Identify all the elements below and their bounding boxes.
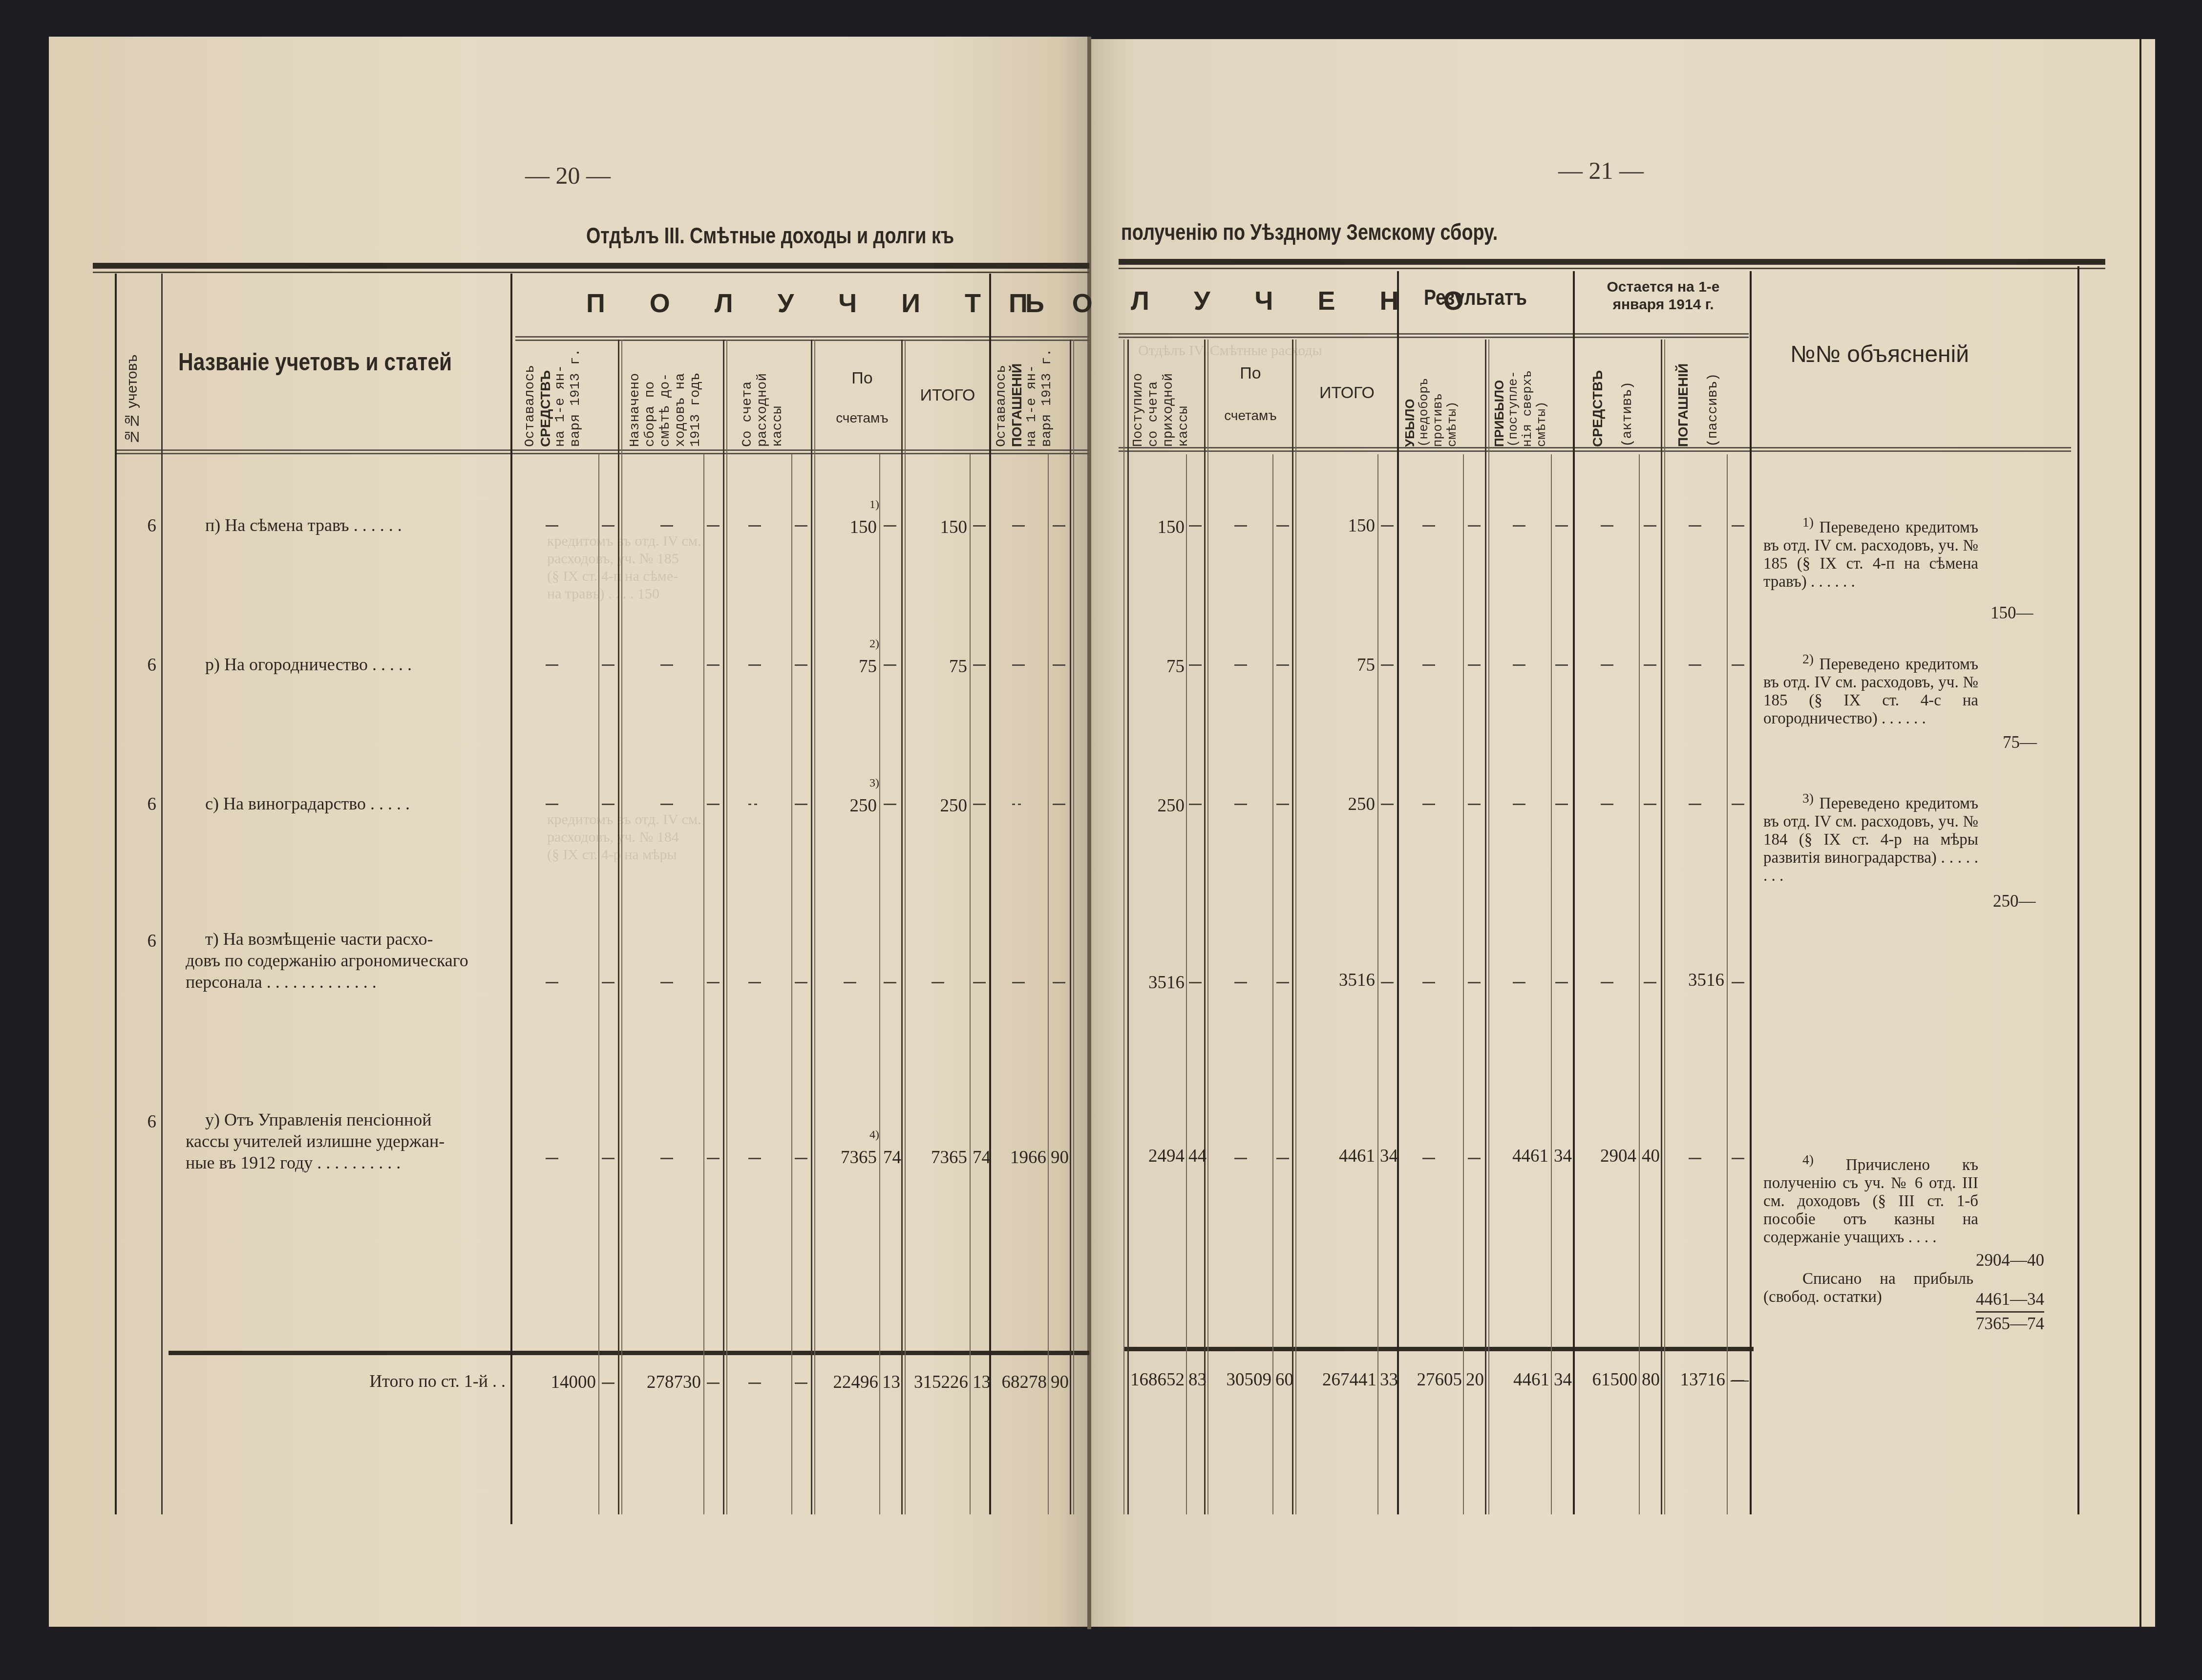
col-border xyxy=(1070,340,1071,1514)
subheader-total-r: ИТОГО xyxy=(1299,383,1395,403)
header-remains-line2: января 1914 г. xyxy=(1583,296,1744,314)
cell-total-r: 75 xyxy=(1314,655,1375,676)
row-name: у) Отъ Управленія пенсіонной кассы учите… xyxy=(186,1109,508,1173)
empty-cell-dash xyxy=(1053,664,1065,666)
empty-cell-dash xyxy=(973,525,986,527)
footnote-marker: 2) xyxy=(869,638,879,651)
empty-cell-dash xyxy=(973,982,986,983)
explanation-body: Переведено кредитомъ въ отд. IV см. расх… xyxy=(1763,795,1978,885)
top-rule-left xyxy=(93,263,1089,269)
row-name: т) На возмѣщеніе части расхо- довъ по со… xyxy=(186,928,508,993)
empty-cell-dash xyxy=(660,664,673,666)
empty-cell-dash xyxy=(748,1382,761,1384)
empty-cell-dash xyxy=(1468,982,1481,983)
footnote-marker: 1) xyxy=(869,498,879,511)
empty-cell-dash xyxy=(1422,664,1435,666)
total-received: 168652 xyxy=(1123,1369,1185,1390)
empty-cell-dash xyxy=(1276,525,1289,527)
header-bottom-rule-left xyxy=(115,449,1089,454)
account-no: 6 xyxy=(139,1111,156,1132)
explanation-amount: 250— xyxy=(1993,892,2036,911)
col-border xyxy=(811,340,812,1514)
empty-cell-dash xyxy=(1234,1158,1247,1159)
cell-total-r: 4461 xyxy=(1314,1146,1375,1167)
col-border xyxy=(1295,340,1296,1514)
page-number-right: — 21 — xyxy=(1558,156,1644,185)
empty-cell-dash xyxy=(1381,525,1394,527)
empty-cell-dash xyxy=(602,804,614,805)
col-border xyxy=(814,340,815,1514)
empty-cell-dash xyxy=(1601,804,1613,805)
empty-cell-dash xyxy=(1381,982,1394,983)
empty-cell-dash xyxy=(1189,982,1202,983)
total-funds-active: 61500 xyxy=(1577,1369,1637,1390)
col-border xyxy=(1186,454,1187,1514)
empty-cell-dash xyxy=(602,525,614,527)
col-border xyxy=(1377,454,1378,1514)
cell-funds-active-k: 40 xyxy=(1640,1146,1660,1167)
col-border xyxy=(598,454,599,1514)
subheader-assigned: Назначено сбора по смѣтѣ до- ходовъ на 1… xyxy=(628,342,703,447)
subheader-repayments-passive: ПОГАШЕНІЙ (пассивъ) xyxy=(1675,337,1721,447)
col-border xyxy=(1127,340,1129,1514)
total-loss-k: 20 xyxy=(1464,1369,1484,1390)
col-border xyxy=(1485,340,1486,1514)
subheader-received-income-cash: Поступило со счета приходной кассы xyxy=(1131,344,1191,447)
account-no: 6 xyxy=(139,655,156,676)
explanation-sum: 7365—74 xyxy=(1976,1314,2044,1334)
empty-cell-dash xyxy=(973,804,986,805)
row-name-line: персонала . . . . . . . . . . . . . xyxy=(186,971,508,993)
empty-cell-dash xyxy=(748,664,761,666)
total-received-k: 83 xyxy=(1187,1369,1207,1390)
empty-cell-dash xyxy=(1381,804,1394,805)
col-border xyxy=(723,340,724,1514)
total-loss: 27605 xyxy=(1401,1369,1462,1390)
empty-cell-dash xyxy=(1012,664,1025,666)
empty-cell-dash xyxy=(1513,804,1525,805)
empty-cell-dash xyxy=(1601,664,1613,666)
col-border xyxy=(1664,340,1665,1514)
cell-total-r: 250 xyxy=(1314,794,1375,815)
col-border xyxy=(1048,454,1049,1514)
footnote-marker: 3) xyxy=(869,777,879,790)
empty-cell-dash xyxy=(1689,804,1701,805)
empty-cell-dash xyxy=(1732,982,1744,983)
total-by-accounts-r-k: 60 xyxy=(1274,1369,1293,1390)
subheader-from-expense-cash: Со счета расходной кассы xyxy=(740,342,785,447)
page-number-left: — 20 — xyxy=(525,161,611,190)
empty-cell-dash xyxy=(707,664,720,666)
total-assigned: 278730 xyxy=(625,1372,701,1393)
col-border xyxy=(1123,340,1124,1514)
row-name: п) На сѣмена травъ . . . . . . xyxy=(205,514,508,536)
empty-cell-dash xyxy=(1468,804,1481,805)
subheader-funds-active: СРЕДСТВЪ (активъ) xyxy=(1590,342,1635,447)
account-no: 6 xyxy=(139,515,156,536)
row-name: р) На огородничество . . . . . xyxy=(205,654,508,675)
col-border xyxy=(618,340,619,1514)
total-profit-k: 34 xyxy=(1552,1369,1572,1390)
empty-cell-dash xyxy=(1555,664,1568,666)
totals-rule-left xyxy=(169,1351,1089,1355)
empty-cell-dash xyxy=(1468,525,1481,527)
empty-cell-dash xyxy=(1381,664,1394,666)
empty-cell-dash xyxy=(1689,525,1701,527)
explanation-amount: 75— xyxy=(2003,733,2037,752)
empty-cell-dash xyxy=(1189,525,1202,527)
cell-received: 2494 xyxy=(1131,1146,1185,1167)
cell-by-accounts: 150 xyxy=(826,517,877,538)
subheader-by-accounts-top: По xyxy=(830,369,894,388)
header-remains-line1: Остается на 1-е xyxy=(1583,278,1744,296)
empty-cell-dash xyxy=(1644,982,1656,983)
cell-total: 7365 xyxy=(906,1147,967,1168)
row-name-line: ные въ 1912 году . . . . . . . . . . xyxy=(186,1152,508,1173)
empty-cell-dash xyxy=(748,982,761,983)
total-by-accounts-r: 30509 xyxy=(1209,1369,1271,1390)
group-rule-right xyxy=(1119,333,1749,338)
col-border xyxy=(1488,340,1489,1514)
col-border xyxy=(1463,454,1464,1514)
subheader-loss: УБЫЛО (недоборъ противъ смѣты) xyxy=(1403,342,1460,447)
empty-cell-dash xyxy=(1189,804,1202,805)
cell-total-k: 74 xyxy=(971,1147,991,1168)
col-border xyxy=(1207,340,1208,1514)
empty-cell-dash xyxy=(1012,982,1025,983)
empty-cell-dash xyxy=(660,982,673,983)
col-border xyxy=(161,274,163,1514)
empty-cell-dash xyxy=(884,664,896,666)
empty-cell-dash xyxy=(1732,525,1744,527)
bleed-through-text: кредитомъ въ отд. IV см.расходовъ, уч. №… xyxy=(547,532,752,603)
empty-cell-dash xyxy=(602,982,614,983)
col-border xyxy=(2077,266,2079,1514)
empty-cell-dash xyxy=(1053,525,1065,527)
book-spine xyxy=(1087,37,1091,1629)
col-border xyxy=(1204,340,1206,1514)
col-border xyxy=(905,340,906,1514)
total-total-k: 13 xyxy=(971,1372,991,1393)
col-border xyxy=(115,274,117,1514)
empty-cell-dash xyxy=(602,1158,614,1159)
col-border xyxy=(879,454,880,1514)
empty-cell-dash xyxy=(1644,525,1656,527)
empty-cell-dash xyxy=(707,525,720,527)
empty-cell-dash xyxy=(660,1158,673,1159)
col-border xyxy=(970,454,971,1514)
empty-cell-dash xyxy=(1468,1158,1481,1159)
empty-cell-dash xyxy=(546,525,558,527)
col-border xyxy=(1661,340,1662,1514)
total-by-accounts-k: 13 xyxy=(881,1372,900,1393)
cell-received: 3516 xyxy=(1133,972,1185,993)
cell-total-r-k: 34 xyxy=(1378,1146,1398,1167)
header-group-received-left: П О xyxy=(1009,288,1111,319)
col-border xyxy=(1639,454,1640,1514)
col-border xyxy=(989,274,991,1514)
cell-received: 75 xyxy=(1133,656,1185,677)
empty-cell-dash xyxy=(1276,982,1289,983)
header-group-result: Результатъ xyxy=(1424,286,1527,310)
empty-cell-dash xyxy=(660,804,673,805)
explanation-text: 2) Переведено кредитомъ въ отд. IV см. р… xyxy=(1763,650,1978,728)
col-border xyxy=(791,454,792,1514)
total-funds-active-k: 80 xyxy=(1640,1369,1660,1390)
empty-cell-dash xyxy=(884,982,896,983)
empty-cell-dash xyxy=(1689,1158,1701,1159)
total-repayments-passive: 13716 xyxy=(1666,1369,1725,1390)
top-rule-right-thin xyxy=(1119,268,2105,269)
empty-cell-dash xyxy=(1644,664,1656,666)
section-title-left: Отдѣлъ III. Смѣтные доходы и долги къ xyxy=(586,222,954,249)
empty-cell-dash xyxy=(546,664,558,666)
empty-cell-dash xyxy=(546,804,558,805)
cell-by-accounts: 75 xyxy=(826,656,877,677)
empty-cell-dash xyxy=(1422,525,1435,527)
col-border xyxy=(1573,271,1575,1514)
empty-cell-dash xyxy=(546,982,558,983)
cell-total: 150 xyxy=(913,517,967,538)
cell-repayments-passive: 3516 xyxy=(1671,970,1724,991)
header-group-receive: П О Л У Ч И Т Ь xyxy=(586,288,1063,319)
header-name: Названіе учетовъ и статей xyxy=(178,348,452,376)
empty-cell-dash xyxy=(748,804,757,805)
cell-total: 75 xyxy=(913,656,967,677)
empty-cell-dash xyxy=(795,982,807,983)
cell-by-accounts: 250 xyxy=(826,795,877,816)
top-rule-left-thin xyxy=(93,272,1089,273)
cell-profit-k: 34 xyxy=(1552,1146,1572,1167)
empty-cell-dash xyxy=(748,1158,761,1159)
subheader-total: ИТОГО xyxy=(909,386,987,405)
empty-cell-dash xyxy=(973,664,986,666)
empty-cell-dash xyxy=(1422,804,1435,805)
empty-cell-dash xyxy=(1422,982,1435,983)
footnote-marker: 2) xyxy=(1802,651,1814,666)
total-remained-repayments-k: 90 xyxy=(1049,1372,1069,1393)
empty-cell-dash xyxy=(748,525,761,527)
col-border xyxy=(1397,271,1399,1514)
row-name-line: довъ по содержанію агрономическаго xyxy=(186,950,508,971)
empty-cell-dash xyxy=(795,804,807,805)
empty-cell-dash xyxy=(1053,804,1065,805)
empty-cell-dash xyxy=(1276,804,1289,805)
subheader-remained-funds: Оставалось СРЕДСТВЪ на 1-е ян- варя 1913… xyxy=(523,342,583,447)
totals-rule-right xyxy=(1123,1347,1754,1351)
col-border xyxy=(1750,271,1752,1514)
empty-cell-dash xyxy=(602,1382,614,1384)
subheader-remained-repayments: Оставалось ПОГАШЕНІЙ на 1-е ян- варя 191… xyxy=(994,342,1055,447)
empty-cell-dash xyxy=(1601,982,1613,983)
top-rule-right xyxy=(1119,259,2105,265)
explanation-amount: 2904—40 xyxy=(1976,1251,2044,1270)
empty-cell-dash xyxy=(844,982,856,983)
empty-cell-dash xyxy=(795,1382,807,1384)
empty-cell-dash xyxy=(1644,804,1656,805)
empty-cell-dash xyxy=(1234,804,1247,805)
cell-funds-active: 2904 xyxy=(1583,1146,1636,1167)
empty-cell-dash xyxy=(1689,664,1701,666)
empty-cell-dash xyxy=(795,525,807,527)
cell-total-r: 3516 xyxy=(1314,970,1375,991)
explanation-text-2: Списано на прибыль (свобод. остатки) xyxy=(1763,1270,1973,1306)
cell-received-k: 44 xyxy=(1187,1146,1207,1167)
row-name-line: у) Отъ Управленія пенсіонной xyxy=(186,1109,508,1130)
account-no: 6 xyxy=(139,794,156,815)
explanation-amount-2: 4461—34 xyxy=(1976,1290,2044,1313)
header-group-remains: Остается на 1-е января 1914 г. xyxy=(1583,278,1744,314)
cell-total: 250 xyxy=(913,795,967,816)
empty-cell-dash xyxy=(884,525,896,527)
explanation-text: 1) Переведено кредитомъ въ отд. IV см. р… xyxy=(1763,513,1978,591)
empty-cell-dash xyxy=(1513,982,1525,983)
total-total-r-k: 33 xyxy=(1378,1369,1398,1390)
explanation-body: Переведено кредитомъ въ отд. IV см. расх… xyxy=(1763,656,1978,727)
empty-cell-dash xyxy=(1513,525,1525,527)
cell-total-r: 150 xyxy=(1314,515,1375,536)
empty-cell-dash xyxy=(1422,1158,1435,1159)
total-profit: 4461 xyxy=(1490,1369,1549,1390)
total-remained-repayments: 68278 xyxy=(994,1372,1047,1393)
empty-cell-dash xyxy=(707,982,720,983)
col-border xyxy=(621,340,622,1514)
empty-cell-dash xyxy=(1012,525,1025,527)
total-repayments-passive-k: — xyxy=(1729,1369,1749,1390)
row-name-line: т) На возмѣщеніе части расхо- xyxy=(186,928,508,950)
empty-cell-dash xyxy=(1555,804,1568,805)
empty-cell-dash xyxy=(1012,804,1021,805)
empty-cell-dash xyxy=(602,664,614,666)
total-total: 315226 xyxy=(904,1372,968,1393)
empty-cell-dash xyxy=(1732,1158,1744,1159)
empty-cell-dash xyxy=(795,1158,807,1159)
cell-remained-repayments: 1966 xyxy=(996,1147,1046,1168)
footnote-marker: 4) xyxy=(869,1128,879,1142)
empty-cell-dash xyxy=(707,804,720,805)
empty-cell-dash xyxy=(1732,804,1744,805)
total-remained-funds: 14000 xyxy=(532,1372,596,1393)
footnote-marker: 1) xyxy=(1802,514,1814,530)
header-bottom-rule-right xyxy=(1119,447,2071,452)
empty-cell-dash xyxy=(660,525,673,527)
empty-cell-dash xyxy=(1234,982,1247,983)
footnote-marker: 4) xyxy=(1802,1152,1814,1167)
explanation-text: 3) Переведено кредитомъ въ отд. IV см. р… xyxy=(1763,789,1978,885)
empty-cell-dash xyxy=(1555,525,1568,527)
header-account-no: №№ учетовъ xyxy=(125,313,140,445)
empty-cell-dash xyxy=(707,1382,720,1384)
empty-cell-dash xyxy=(1732,664,1744,666)
empty-cell-dash xyxy=(546,1158,558,1159)
col-border xyxy=(1073,340,1074,1514)
explanation-body: Причислено къ полученію съ уч. № 6 отд. … xyxy=(1763,1156,1978,1246)
empty-cell-dash xyxy=(884,804,896,805)
total-by-accounts: 22496 xyxy=(816,1372,878,1393)
empty-cell-dash xyxy=(1276,1158,1289,1159)
empty-cell-dash xyxy=(1601,525,1613,527)
empty-cell-dash xyxy=(1234,664,1247,666)
empty-cell-dash xyxy=(932,982,944,983)
col-border xyxy=(901,340,903,1514)
group-rule-left xyxy=(515,336,1089,341)
footnote-marker: 3) xyxy=(1802,790,1814,806)
cell-profit: 4461 xyxy=(1495,1146,1548,1167)
row-name-line: кассы учителей излишне удержан- xyxy=(186,1130,508,1152)
empty-cell-dash xyxy=(1513,664,1525,666)
explanation-body: Переведено кредитомъ въ отд. IV см. расх… xyxy=(1763,519,1978,591)
empty-cell-dash xyxy=(707,1158,720,1159)
col-border xyxy=(703,454,704,1514)
cell-by-accounts-k: 74 xyxy=(882,1147,901,1168)
totals-label: Итого по ст. 1-й . . xyxy=(305,1370,506,1392)
header-explanations: №№ объясненій xyxy=(1790,341,1969,368)
empty-cell-dash xyxy=(1276,664,1289,666)
subheader-profit: ПРИБЫЛО (поступле- нія сверхъ смѣты) xyxy=(1492,342,1549,447)
section-title-right: полученію по Уѣздному Земскому сбору. xyxy=(1121,219,1498,245)
empty-cell-dash xyxy=(1189,664,1202,666)
total-total-r: 267441 xyxy=(1299,1369,1376,1390)
col-border xyxy=(1272,454,1273,1514)
subheader-by-accounts-top-r: По xyxy=(1211,364,1290,383)
empty-cell-dash xyxy=(1468,664,1481,666)
subheader-by-accounts-bottom-r: счетамъ xyxy=(1209,408,1292,424)
col-border xyxy=(726,340,727,1514)
cell-received: 150 xyxy=(1133,517,1185,538)
empty-cell-dash xyxy=(1234,525,1247,527)
cell-received: 250 xyxy=(1133,795,1185,816)
explanation-text: 4) Причислено къ полученію съ уч. № 6 от… xyxy=(1763,1150,1978,1247)
col-border xyxy=(1292,340,1293,1514)
empty-cell-dash xyxy=(795,664,807,666)
row-name: с) На виноградарство . . . . . xyxy=(205,793,508,814)
empty-cell-dash xyxy=(1053,982,1065,983)
cell-by-accounts: 7365 xyxy=(816,1147,877,1168)
explanation-amount: 150— xyxy=(1990,603,2033,623)
page-edge-line xyxy=(2139,39,2141,1627)
col-border xyxy=(510,274,512,1524)
cell-remained-repayments-k: 90 xyxy=(1049,1147,1069,1168)
empty-cell-dash xyxy=(1555,982,1568,983)
bleed-through-text: кредитомъ въ отд. IV см.расходовъ, уч. №… xyxy=(547,811,752,864)
subheader-by-accounts-bottom: счетамъ xyxy=(826,410,899,426)
col-border xyxy=(1551,454,1552,1514)
account-no: 6 xyxy=(139,931,156,952)
col-border xyxy=(1727,454,1728,1514)
